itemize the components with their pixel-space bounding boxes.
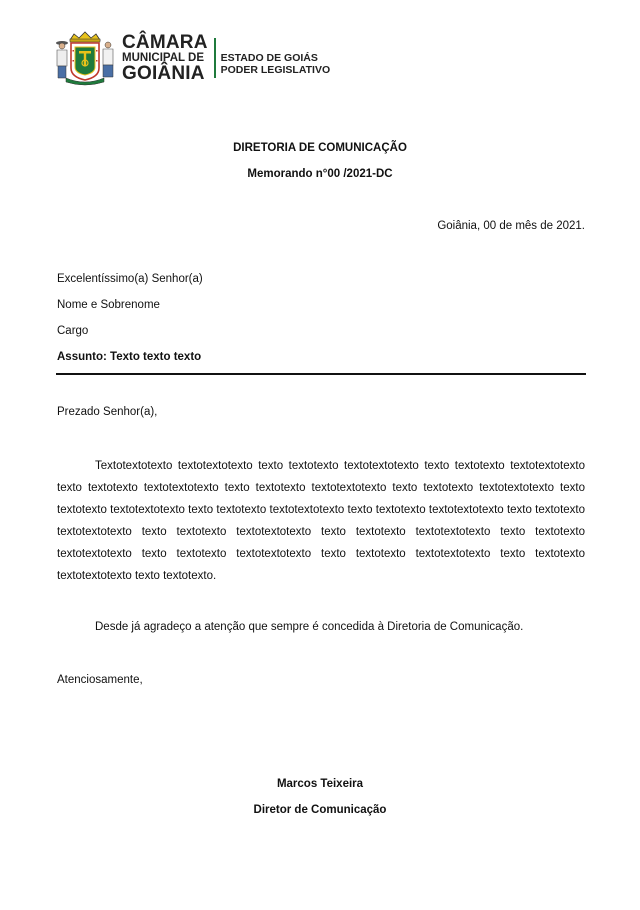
subject-line: Assunto: Texto texto texto (57, 351, 201, 363)
signature-name: Marcos Teixeira (0, 778, 640, 790)
closing: Atenciosamente, (57, 674, 143, 686)
department-heading: DIRETORIA DE COMUNICAÇÃO (0, 142, 640, 154)
thanks-paragraph: Desde já agradeço a atenção que sempre é… (95, 621, 523, 633)
greeting: Prezado Senhor(a), (57, 406, 157, 418)
body-paragraph: Textotextotexto textotextotexto texto te… (57, 455, 585, 587)
camara-logo: CÂMARA MUNICIPAL DE GOIÂNIA ESTADO DE GO… (54, 30, 330, 86)
recipient-salutation: Excelentíssimo(a) Senhor(a) (57, 273, 203, 285)
date-line: Goiânia, 00 de mês de 2021. (437, 220, 585, 232)
recipient-role: Cargo (57, 325, 88, 337)
signature-title: Diretor de Comunicação (0, 804, 640, 816)
logo-wordmark: CÂMARA MUNICIPAL DE GOIÂNIA (122, 33, 208, 84)
logo-state-line1: ESTADO DE GOIÁS (221, 52, 330, 64)
logo-divider (214, 38, 216, 78)
logo-line-camara: CÂMARA (122, 33, 208, 52)
coat-of-arms-icon (54, 30, 116, 86)
logo-line-goiania: GOIÂNIA (122, 64, 208, 83)
subject-divider (56, 373, 586, 375)
memo-number: Memorando n°00 /2021-DC (0, 168, 640, 180)
recipient-name: Nome e Sobrenome (57, 299, 160, 311)
memo-page: CÂMARA MUNICIPAL DE GOIÂNIA ESTADO DE GO… (0, 0, 640, 910)
logo-state-line2: PODER LEGISLATIVO (221, 64, 330, 76)
logo-state-text: ESTADO DE GOIÁS PODER LEGISLATIVO (221, 52, 330, 76)
